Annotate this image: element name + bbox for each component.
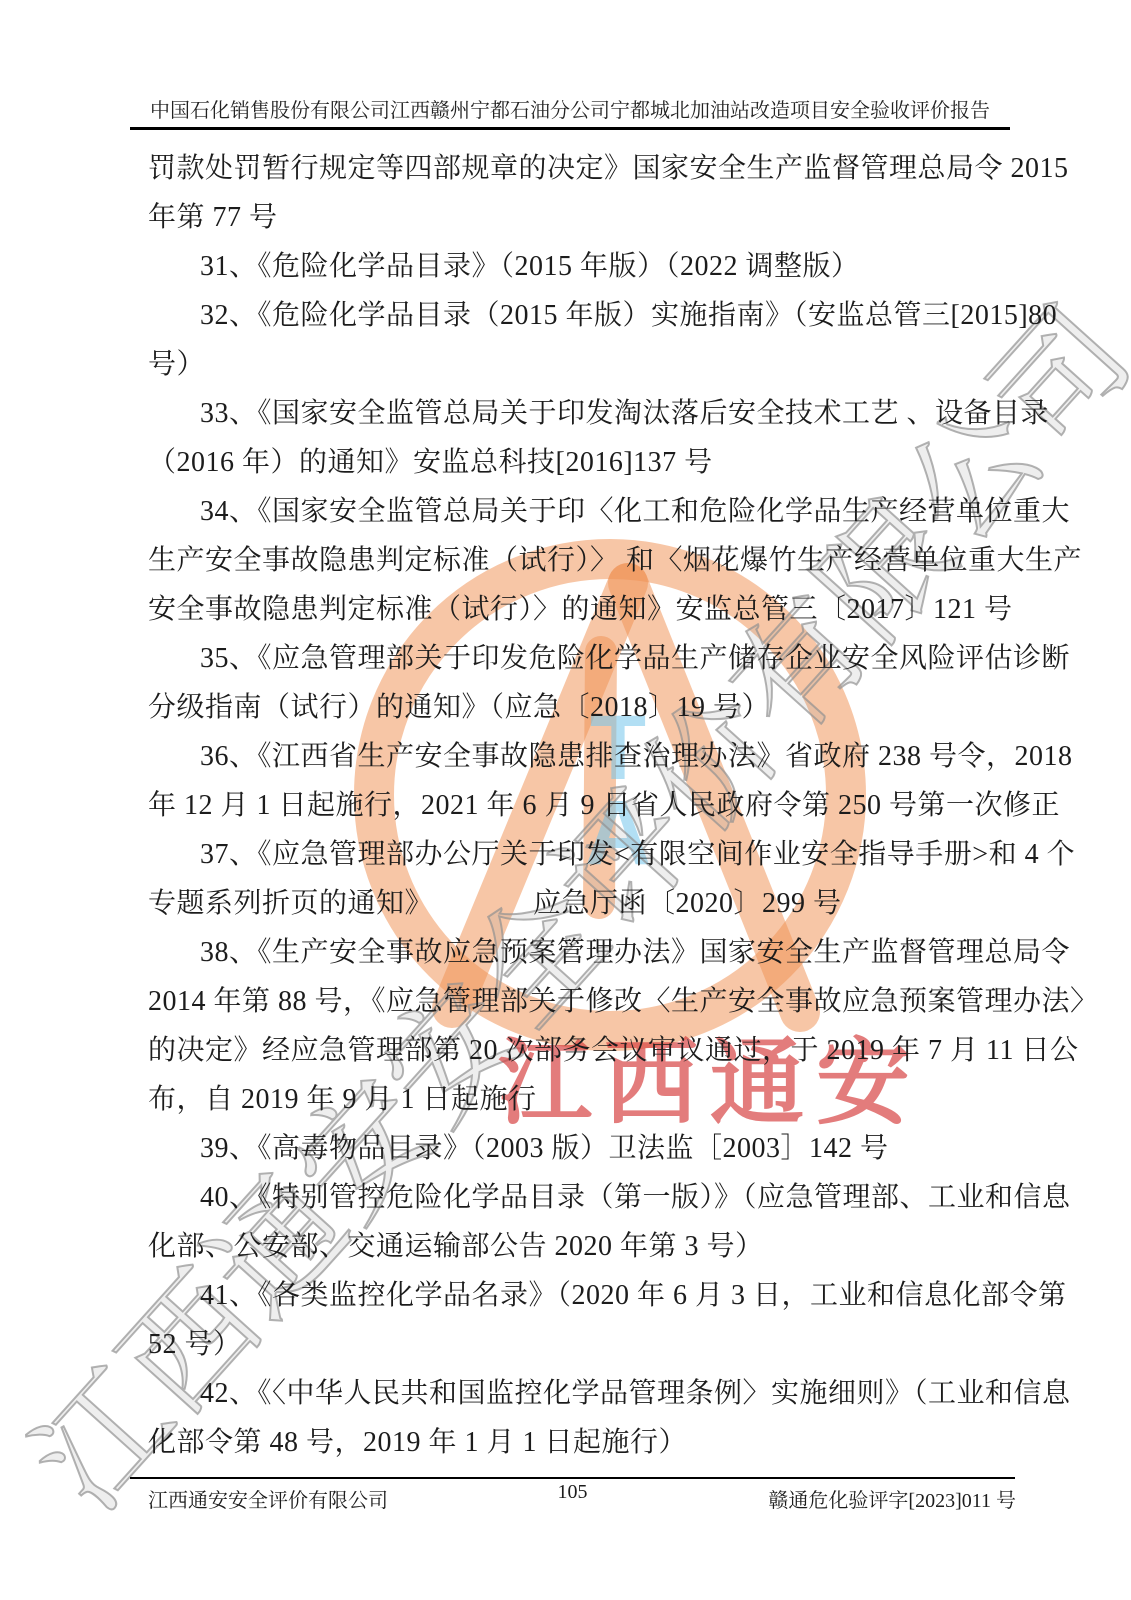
document-body: 罚款处罚暂行规定等四部规章的决定》国家安全生产监督管理总局令 2015年第 77… [148, 144, 1012, 1467]
document-page: T A 江西通安安全评价有限公司 江西通安 中国石化销售股份有限公司江西赣州宁都… [0, 0, 1131, 1600]
body-line: 分级指南（试行）的通知》（应急〔2018〕19 号） [148, 683, 1012, 732]
footer-rule [130, 1477, 1015, 1479]
body-line: 年第 77 号 [148, 193, 1012, 242]
body-line: 31、《危险化学品目录》（2015 年版）（2022 调整版） [148, 242, 1012, 291]
body-line: 化部、公安部、交通运输部公告 2020 年第 3 号） [148, 1222, 1012, 1271]
body-line: 布，自 2019 年 9 月 1 日起施行 [148, 1075, 1012, 1124]
page-header-title: 中国石化销售股份有限公司江西赣州宁都石油分公司宁都城北加油站改造项目安全验收评价… [130, 94, 1010, 123]
body-line: 40、《特别管控危险化学品目录（第一版）》（应急管理部、工业和信息 [148, 1173, 1012, 1222]
body-line: 41、《各类监控化学品名录》（2020 年 6 月 3 日，工业和信息化部令第 [148, 1271, 1012, 1320]
body-line: 35、《应急管理部关于印发危险化学品生产储存企业安全风险评估诊断 [148, 634, 1012, 683]
body-line: 安全事故隐患判定标准（试行）〉的通知》安监总管三〔2017〕121 号 [148, 585, 1012, 634]
body-line: 33、《国家安全监管总局关于印发淘汰落后安全技术工艺 、设备目录 [148, 389, 1012, 438]
body-line: 的决定》经应急管理部第 20 次部务会议审议通过，于 2019 年 7 月 11… [148, 1026, 1012, 1075]
body-line: 化部令第 48 号，2019 年 1 月 1 日起施行） [148, 1418, 1012, 1467]
body-line: 38、《生产安全事故应急预案管理办法》国家安全生产监督管理总局令 [148, 928, 1012, 977]
body-line: 39、《高毒物品目录》（2003 版）卫法监［2003］142 号 [148, 1124, 1012, 1173]
body-line: 36、《江西省生产安全事故隐患排查治理办法》省政府 238 号令，2018 [148, 732, 1012, 781]
body-line: 专题系列折页的通知》 应急厅函〔2020〕299 号 [148, 879, 1012, 928]
body-line: 罚款处罚暂行规定等四部规章的决定》国家安全生产监督管理总局令 2015 [148, 144, 1012, 193]
header-rule [130, 127, 1010, 130]
footer-document-number: 赣通危化验评字[2023]011 号 [768, 1484, 1016, 1513]
body-line: 42、《〈中华人民共和国监控化学品管理条例〉实施细则》（工业和信息 [148, 1369, 1012, 1418]
body-line: 年 12 月 1 日起施行，2021 年 6 月 9 日省人民政府令第 250 … [148, 781, 1012, 830]
body-line: 生产安全事故隐患判定标准（试行）〉 和〈烟花爆竹生产经营单位重大生产 [148, 536, 1012, 585]
body-line: 32、《危险化学品目录（2015 年版）实施指南》（安监总管三[2015]80 [148, 291, 1012, 340]
body-line: 37、《应急管理部办公厅关于印发<有限空间作业安全指导手册>和 4 个 [148, 830, 1012, 879]
body-line: 2014 年第 88 号，《应急管理部关于修改〈生产安全事故应急预案管理办法〉 [148, 977, 1012, 1026]
body-line: 52 号） [148, 1320, 1012, 1369]
body-line: 34、《国家安全监管总局关于印〈化工和危险化学品生产经营单位重大 [148, 487, 1012, 536]
body-line: （2016 年）的通知》安监总科技[2016]137 号 [148, 438, 1012, 487]
body-line: 号） [148, 340, 1012, 389]
